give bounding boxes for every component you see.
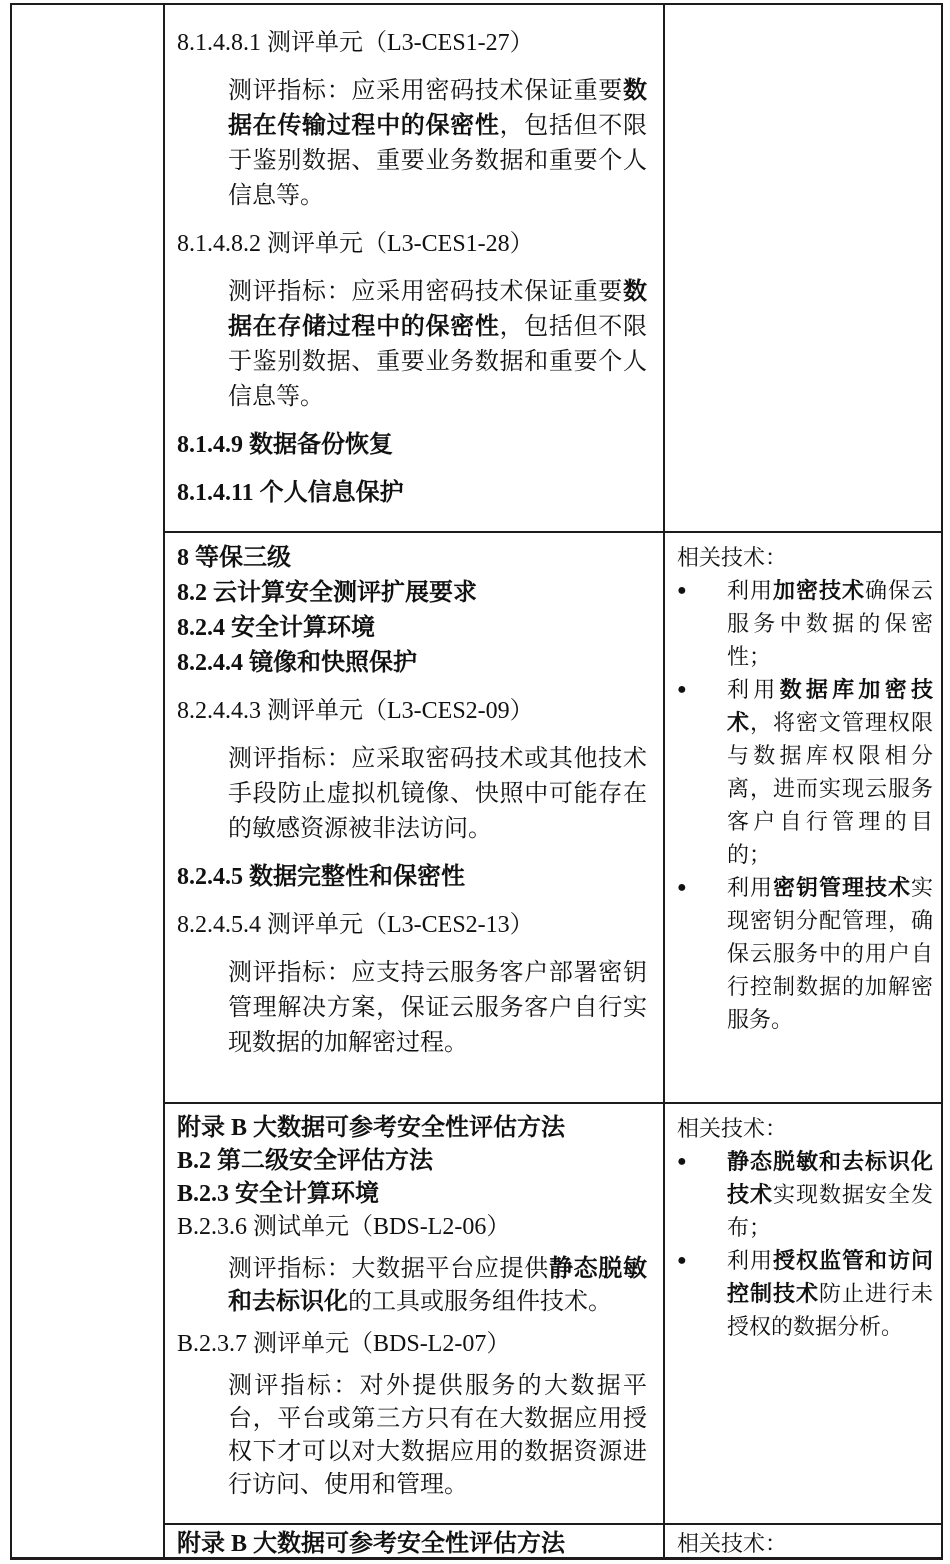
right-cell	[665, 5, 941, 531]
middle-cell: 附录 B 大数据可参考安全性评估方法B.2 第二级安全评估方法B.2.3 安全计…	[165, 1104, 665, 1523]
section-heading: 8.1.4.9 数据备份恢复	[177, 428, 647, 463]
text-run: ，将密文管理权限与数据库权限相分离，进而实现云服务客户自行管理的目的；	[727, 710, 933, 867]
bold-run: 附录 B 大数据可参考安全性评估方法	[177, 1115, 565, 1141]
text-run: 测评指标：应采用密码技术保证重要	[228, 279, 623, 305]
related-tech-title: 相关技术：	[677, 1527, 933, 1557]
chapter-heading: B.2.3 安全计算环境	[177, 1178, 647, 1211]
right-cell: 相关技术：	[665, 1525, 941, 1557]
left-column-cell	[12, 5, 165, 1557]
chapter-heading: 8 等保三级	[177, 541, 647, 576]
bullet-item: ●利用授权监管和访问控制技术防止进行未授权的数据分析。	[677, 1244, 933, 1343]
bullet-dot-icon: ●	[677, 574, 727, 607]
middle-cell: 附录 B 大数据可参考安全性评估方法	[165, 1525, 665, 1557]
text-run: 利用	[727, 1248, 773, 1273]
chapter-heading: 附录 B 大数据可参考安全性评估方法	[177, 1112, 647, 1145]
bullet-list: ●静态脱敏和去标识化技术实现数据安全发布；●利用授权监管和访问控制技术防止进行未…	[677, 1145, 933, 1343]
section-heading: 8.1.4.8.2 测评单元（L3-CES1-28）	[177, 227, 647, 262]
indicator-paragraph: 测评指标：应采取密码技术或其他技术手段防止虚拟机镜像、快照中可能存在的敏感资源被…	[228, 742, 647, 847]
bullet-item: ●利用密钥管理技术实现密钥分配管理，确保云服务中的用户自行控制数据的加解密服务。	[677, 871, 933, 1036]
text-run: B.2.3.7 测评单元（BDS-L2-07）	[177, 1331, 510, 1357]
chapter-heading: 8.2 云计算安全测评扩展要求	[177, 576, 647, 611]
section-heading: 附录 B 大数据可参考安全性评估方法	[177, 1527, 647, 1557]
section-heading: 8.1.4.11 个人信息保护	[177, 476, 647, 511]
middle-cell: 8.1.4.8.1 测评单元（L3-CES1-27）测评指标：应采用密码技术保证…	[165, 5, 665, 531]
table-row-row-l3-ces1-data-confidentiality: 8.1.4.8.1 测评单元（L3-CES1-27）测评指标：应采用密码技术保证…	[165, 5, 941, 531]
main-rows: 8.1.4.8.1 测评单元（L3-CES1-27）测评指标：应采用密码技术保证…	[165, 5, 941, 1557]
text-run: 测评指标：对外提供服务的大数据平台，平台或第三方只有在大数据应用授权下才可以对大…	[228, 1373, 647, 1498]
text-run: 利用	[727, 875, 773, 900]
indicator-paragraph: 测评指标：应支持云服务客户部署密钥管理解决方案，保证云服务客户自行实现数据的加解…	[228, 956, 647, 1061]
table-row-row-appendix-b-continued: 附录 B 大数据可参考安全性评估方法相关技术：	[165, 1523, 941, 1557]
related-tech-title: 相关技术：	[677, 541, 933, 574]
text-run: 测评指标：应支持云服务客户部署密钥管理解决方案，保证云服务客户自行实现数据的加解…	[228, 960, 647, 1056]
indicator-paragraph: 测评指标：大数据平台应提供静态脱敏和去标识化的工具或服务组件技术。	[228, 1253, 647, 1319]
right-cell: 相关技术：●静态脱敏和去标识化技术实现数据安全发布；●利用授权监管和访问控制技术…	[665, 1104, 941, 1523]
bullet-text: 利用加密技术确保云服务中数据的保密性；	[727, 574, 933, 673]
text-run: 测评指标：应采用密码技术保证重要	[228, 78, 623, 104]
text-run: B.2.3.6 测试单元（BDS-L2-06）	[177, 1214, 510, 1240]
bold-run: 加密技术	[773, 578, 865, 603]
section-heading: 8.2.4.4.3 测评单元（L3-CES2-09）	[177, 694, 647, 729]
chapter-heading: 8.2.4.4 镜像和快照保护	[177, 646, 647, 681]
bullet-dot-icon: ●	[677, 1145, 727, 1178]
text-run: 8.2.4.4.3 测评单元（L3-CES2-09）	[177, 698, 534, 724]
chapter-heading: 8.2.4 安全计算环境	[177, 611, 647, 646]
bold-run: 8.2.4 安全计算环境	[177, 615, 375, 641]
middle-cell: 8 等保三级8.2 云计算安全测评扩展要求8.2.4 安全计算环境8.2.4.4…	[165, 533, 665, 1102]
bullet-item: ●利用数据库加密技术，将密文管理权限与数据库权限相分离，进而实现云服务客户自行管…	[677, 673, 933, 871]
bullet-item: ●静态脱敏和去标识化技术实现数据安全发布；	[677, 1145, 933, 1244]
table-row-row-l3-ces2-cloud-computing: 8 等保三级8.2 云计算安全测评扩展要求8.2.4 安全计算环境8.2.4.4…	[165, 531, 941, 1102]
bullet-dot-icon: ●	[677, 673, 727, 706]
chapter-heading: B.2.3.6 测试单元（BDS-L2-06）	[177, 1211, 647, 1244]
bold-run: 附录 B 大数据可参考安全性评估方法	[177, 1531, 565, 1557]
bold-run: B.2.3 安全计算环境	[177, 1181, 379, 1207]
text-run: 测评指标：应采取密码技术或其他技术手段防止虚拟机镜像、快照中可能存在的敏感资源被…	[228, 746, 647, 842]
document-table: 8.1.4.8.1 测评单元（L3-CES1-27）测评指标：应采用密码技术保证…	[10, 3, 943, 1560]
section-heading: 8.2.4.5.4 测评单元（L3-CES2-13）	[177, 908, 647, 943]
bold-run: 8.1.4.9 数据备份恢复	[177, 432, 393, 458]
bullet-text: 利用授权监管和访问控制技术防止进行未授权的数据分析。	[727, 1244, 933, 1343]
chapter-heading: B.2 第二级安全评估方法	[177, 1145, 647, 1178]
bullet-dot-icon: ●	[677, 871, 727, 904]
section-heading: 8.1.4.8.1 测评单元（L3-CES1-27）	[177, 26, 647, 61]
bullet-text: 静态脱敏和去标识化技术实现数据安全发布；	[727, 1145, 933, 1244]
bold-run: 8.2.4.5 数据完整性和保密性	[177, 864, 465, 890]
bullet-dot-icon: ●	[677, 1244, 727, 1277]
indicator-paragraph: 测评指标：应采用密码技术保证重要数据在传输过程中的保密性，包括但不限于鉴别数据、…	[228, 74, 647, 214]
bullet-item: ●利用加密技术确保云服务中数据的保密性；	[677, 574, 933, 673]
indicator-paragraph: 测评指标：对外提供服务的大数据平台，平台或第三方只有在大数据应用授权下才可以对大…	[228, 1370, 647, 1502]
section-heading: B.2.3.7 测评单元（BDS-L2-07）	[177, 1328, 647, 1361]
bold-run: 8.2 云计算安全测评扩展要求	[177, 580, 477, 606]
bold-run: 8.2.4.4 镜像和快照保护	[177, 650, 417, 676]
indicator-paragraph: 测评指标：应采用密码技术保证重要数据在存储过程中的保密性，包括但不限于鉴别数据、…	[228, 275, 647, 415]
text-run: 8.1.4.8.2 测评单元（L3-CES1-28）	[177, 231, 534, 257]
text-run: 利用	[727, 677, 780, 702]
bold-run: 密钥管理技术	[773, 875, 911, 900]
text-run: 8.1.4.8.1 测评单元（L3-CES1-27）	[177, 30, 534, 56]
bullet-text: 利用密钥管理技术实现密钥分配管理，确保云服务中的用户自行控制数据的加解密服务。	[727, 871, 933, 1036]
right-cell: 相关技术：●利用加密技术确保云服务中数据的保密性；●利用数据库加密技术，将密文管…	[665, 533, 941, 1102]
text-run: 测评指标：大数据平台应提供	[228, 1256, 549, 1282]
bullet-list: ●利用加密技术确保云服务中数据的保密性；●利用数据库加密技术，将密文管理权限与数…	[677, 574, 933, 1036]
text-run: 利用	[727, 578, 773, 603]
bold-run: 8 等保三级	[177, 545, 291, 571]
bullet-text: 利用数据库加密技术，将密文管理权限与数据库权限相分离，进而实现云服务客户自行管理…	[727, 673, 933, 871]
section-heading: 8.2.4.5 数据完整性和保密性	[177, 860, 647, 895]
related-tech-title: 相关技术：	[677, 1112, 933, 1145]
table-row-row-bds-l2-big-data: 附录 B 大数据可参考安全性评估方法B.2 第二级安全评估方法B.2.3 安全计…	[165, 1102, 941, 1523]
bold-run: B.2 第二级安全评估方法	[177, 1148, 433, 1174]
text-run: 8.2.4.5.4 测评单元（L3-CES2-13）	[177, 912, 534, 938]
text-run: 的工具或服务组件技术。	[348, 1289, 612, 1315]
bold-run: 8.1.4.11 个人信息保护	[177, 480, 404, 506]
